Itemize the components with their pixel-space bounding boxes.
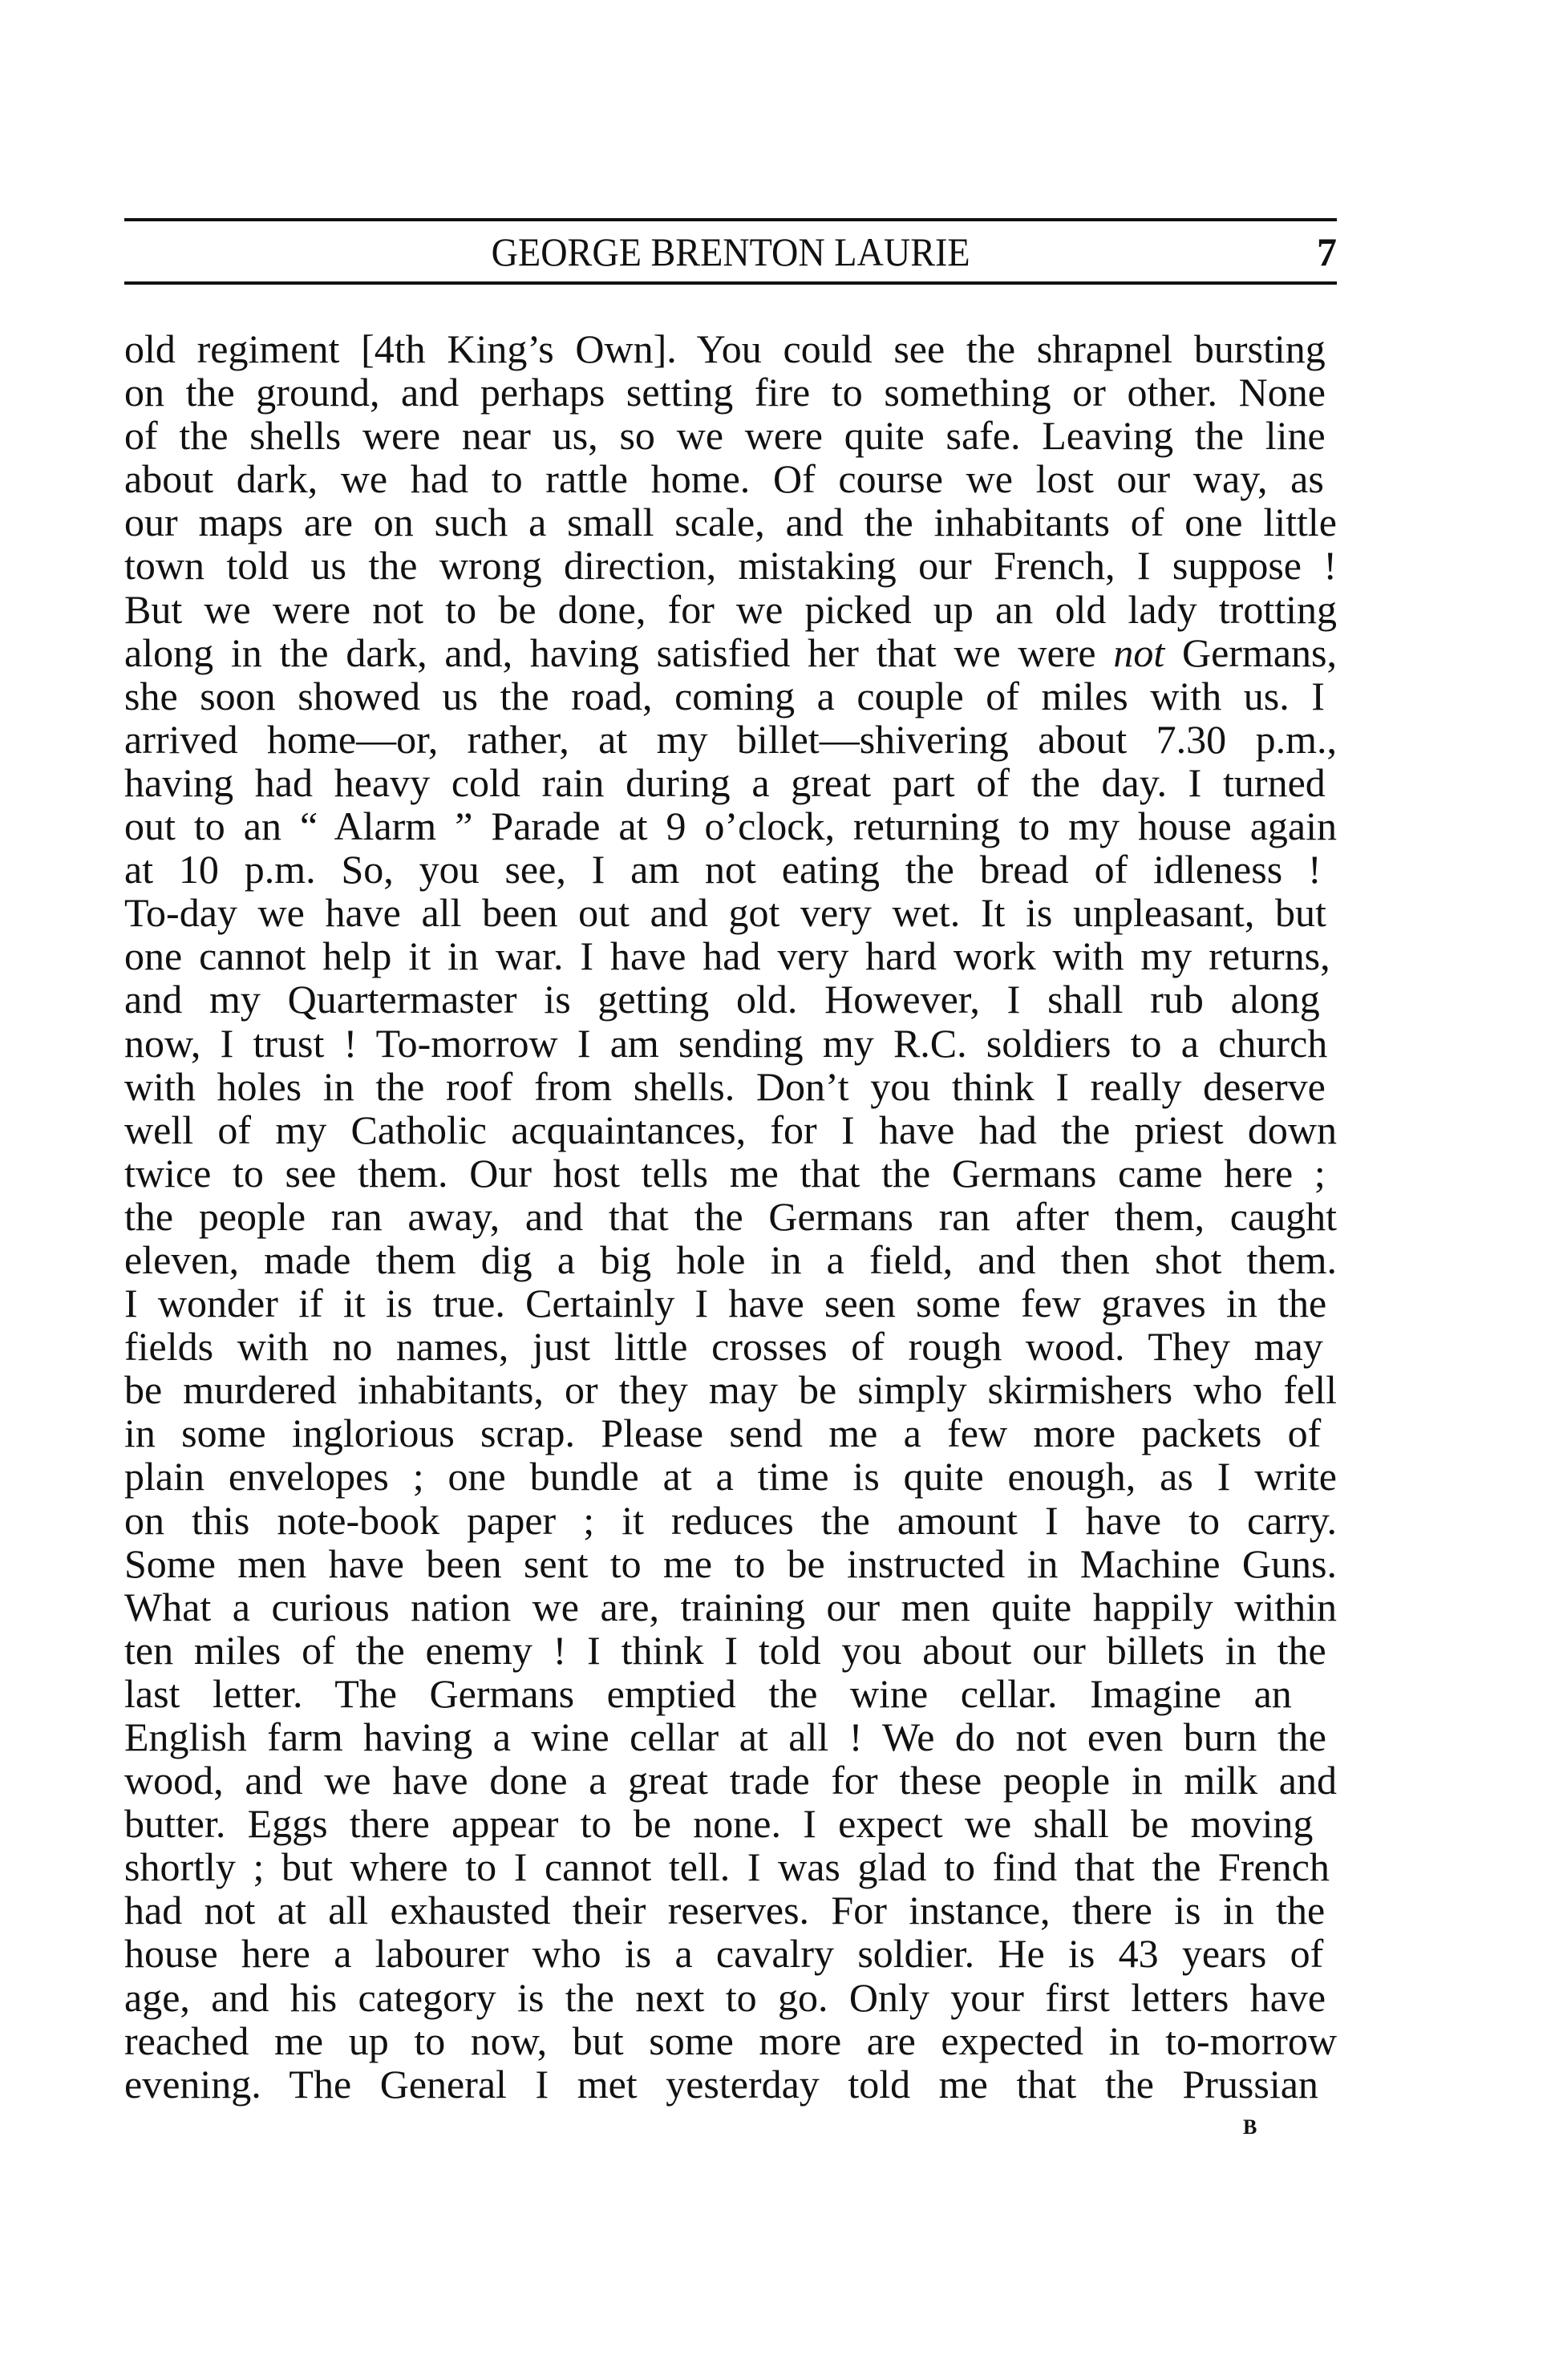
text-line-content: Some men have been sent to me to be inst… <box>124 1542 1337 1585</box>
text-line: on this note-book paper ; it reduces the… <box>124 1499 1337 1542</box>
signature-mark: B <box>1243 2115 1257 2139</box>
text-line: along in the dark, and, having satisfied… <box>124 631 1337 674</box>
text-line: To-day we have all been out and got very… <box>124 891 1337 934</box>
text-line: one cannot help it in war. I have had ve… <box>124 934 1337 977</box>
text-line-content: arrived home—or, rather, at my billet—sh… <box>124 718 1337 761</box>
text-line: English farm having a wine cellar at all… <box>124 1715 1337 1759</box>
text-run: Germans, <box>1164 630 1337 675</box>
text-line: arrived home—or, rather, at my billet—sh… <box>124 718 1337 761</box>
text-line: wood, and we have done a great trade for… <box>124 1759 1337 1802</box>
body-text: old regiment [4th King’s Own]. You could… <box>124 327 1337 2106</box>
text-line-content: well of my Catholic acquaintances, for I… <box>124 1108 1337 1152</box>
text-line-content: eleven, made them dig a big hole in a fi… <box>124 1238 1337 1281</box>
text-line: in some inglorious scrap. Please send me… <box>124 1411 1337 1455</box>
header-bottom-rule <box>124 281 1337 285</box>
text-line-content: reached me up to now, but some more are … <box>124 2019 1337 2062</box>
text-run: along in the dark, and, having satisfied… <box>124 630 1113 675</box>
text-line: reached me up to now, but some more are … <box>124 2019 1337 2062</box>
text-line: now, I trust ! To-morrow I am sending my… <box>124 1022 1337 1065</box>
text-line: fields with no names, just little crosse… <box>124 1325 1337 1368</box>
text-line: But we were not to be done, for we picke… <box>124 588 1337 631</box>
text-line: evening. The General I met yesterday tol… <box>124 2062 1337 2106</box>
text-line: of the shells were near us, so we were q… <box>124 414 1337 457</box>
text-line-content: house here a labourer who is a cavalry s… <box>124 1932 1323 1975</box>
text-line: old regiment [4th King’s Own]. You could… <box>124 327 1337 370</box>
text-line-content: on the ground, and perhaps setting fire … <box>124 370 1326 414</box>
text-line-content: out to an “ Alarm ” Parade at 9 o’clock,… <box>124 804 1337 848</box>
text-line: our maps are on such a small scale, and … <box>124 500 1337 544</box>
text-line: be murdered inhabitants, or they may be … <box>124 1368 1337 1411</box>
text-line-content: along in the dark, and, having satisfied… <box>124 631 1337 674</box>
running-title-text: GEORGE BRENTON LAURIE <box>491 228 970 276</box>
text-line-content: To-day we have all been out and got very… <box>124 891 1326 934</box>
text-line: on the ground, and perhaps setting fire … <box>124 370 1337 414</box>
book-page: GEORGE BRENTON LAURIE 7 old regiment [4t… <box>0 0 1567 2380</box>
text-line-content: about dark, we had to rattle home. Of co… <box>124 457 1324 500</box>
text-line-content: now, I trust ! To-morrow I am sending my… <box>124 1022 1327 1065</box>
text-line-content: with holes in the roof from shells. Don’… <box>124 1065 1326 1108</box>
text-line-content: of the shells were near us, so we were q… <box>124 414 1326 457</box>
text-line: shortly ; but where to I cannot tell. I … <box>124 1845 1337 1888</box>
text-line: and my Quartermaster is getting old. How… <box>124 977 1337 1021</box>
text-line-content: she soon showed us the road, coming a co… <box>124 674 1325 718</box>
text-line-content: What a curious nation we are, training o… <box>124 1585 1337 1629</box>
text-line: butter. Eggs there appear to be none. I … <box>124 1802 1337 1845</box>
text-line-content: shortly ; but where to I cannot tell. I … <box>124 1845 1330 1888</box>
italic-emphasis: not <box>1113 630 1164 675</box>
text-line-content: old regiment [4th King’s Own]. You could… <box>124 327 1326 370</box>
text-line-content: English farm having a wine cellar at all… <box>124 1715 1326 1759</box>
text-line: at 10 p.m. So, you see, I am not eating … <box>124 848 1337 891</box>
running-title: GEORGE BRENTON LAURIE <box>124 228 1337 276</box>
text-line: had not at all exhausted their reserves.… <box>124 1888 1337 1932</box>
text-line-content: in some inglorious scrap. Please send me… <box>124 1411 1321 1455</box>
text-line: What a curious nation we are, training o… <box>124 1585 1337 1629</box>
text-line-content: evening. The General I met yesterday tol… <box>124 2062 1318 2106</box>
text-line: last letter. The Germans emptied the win… <box>124 1672 1337 1715</box>
text-line-content: our maps are on such a small scale, and … <box>124 500 1337 544</box>
text-line: plain envelopes ; one bundle at a time i… <box>124 1455 1337 1498</box>
text-line: age, and his category is the next to go.… <box>124 1976 1337 2019</box>
text-line: house here a labourer who is a cavalry s… <box>124 1932 1337 1975</box>
text-line: with holes in the roof from shells. Don’… <box>124 1065 1337 1108</box>
text-line-content: I wonder if it is true. Certainly I have… <box>124 1281 1326 1325</box>
text-line-content: last letter. The Germans emptied the win… <box>124 1672 1292 1715</box>
page-number: 7 <box>1317 228 1337 276</box>
text-line-content: twice to see them. Our host tells me tha… <box>124 1152 1326 1195</box>
text-line-content: town told us the wrong direction, mistak… <box>124 544 1337 587</box>
text-line-content: age, and his category is the next to go.… <box>124 1976 1326 2019</box>
text-line: twice to see them. Our host tells me tha… <box>124 1152 1337 1195</box>
text-line-content: be murdered inhabitants, or they may be … <box>124 1368 1337 1411</box>
text-line-content: But we were not to be done, for we picke… <box>124 588 1337 631</box>
text-line-content: the people ran away, and that the German… <box>124 1195 1337 1238</box>
text-line: eleven, made them dig a big hole in a fi… <box>124 1238 1337 1281</box>
text-line: town told us the wrong direction, mistak… <box>124 544 1337 587</box>
text-line: she soon showed us the road, coming a co… <box>124 674 1337 718</box>
text-line-content: and my Quartermaster is getting old. How… <box>124 977 1320 1021</box>
text-line-content: ten miles of the enemy ! I think I told … <box>124 1629 1326 1672</box>
text-line-content: butter. Eggs there appear to be none. I … <box>124 1802 1313 1845</box>
text-line-content: at 10 p.m. So, you see, I am not eating … <box>124 848 1322 891</box>
text-line-content: fields with no names, just little crosse… <box>124 1325 1323 1368</box>
text-line: I wonder if it is true. Certainly I have… <box>124 1281 1337 1325</box>
text-line: about dark, we had to rattle home. Of co… <box>124 457 1337 500</box>
text-line-content: one cannot help it in war. I have had ve… <box>124 934 1330 977</box>
header-top-rule <box>124 218 1337 221</box>
text-line-content: wood, and we have done a great trade for… <box>124 1759 1337 1802</box>
text-line: having had heavy cold rain during a grea… <box>124 761 1337 804</box>
text-line: ten miles of the enemy ! I think I told … <box>124 1629 1337 1672</box>
running-head: GEORGE BRENTON LAURIE 7 <box>124 228 1337 276</box>
text-line: Some men have been sent to me to be inst… <box>124 1542 1337 1585</box>
text-line: out to an “ Alarm ” Parade at 9 o’clock,… <box>124 804 1337 848</box>
text-line: the people ran away, and that the German… <box>124 1195 1337 1238</box>
text-line: well of my Catholic acquaintances, for I… <box>124 1108 1337 1152</box>
text-line-content: having had heavy cold rain during a grea… <box>124 761 1326 804</box>
text-line-content: plain envelopes ; one bundle at a time i… <box>124 1455 1337 1498</box>
text-line-content: on this note-book paper ; it reduces the… <box>124 1499 1337 1542</box>
text-line-content: had not at all exhausted their reserves.… <box>124 1888 1325 1932</box>
